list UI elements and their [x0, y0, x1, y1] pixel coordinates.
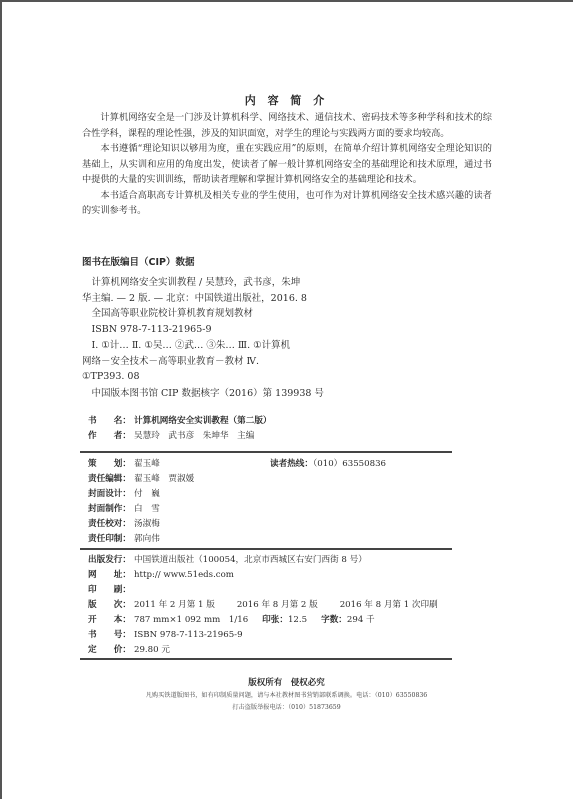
- divider: [80, 548, 452, 550]
- staff-label: 封面设计：: [88, 487, 134, 502]
- sheets-value: 12.5: [288, 613, 307, 628]
- summary-paragraph-1: 计算机网络安全是一门涉及计算机科学、网络技术、通信技术、密码技术等多种学科和技术…: [82, 110, 492, 141]
- publisher-row: 出版发行：中国铁道出版社（100054，北京市西城区右安门西街 8 号）: [88, 553, 438, 568]
- page-title: 内 容 简 介: [0, 92, 573, 108]
- edition-first: 2011 年 2 月第 1 版: [134, 598, 215, 613]
- piracy-hotline: 打击盗版举报电话：（010）51873659: [0, 702, 573, 714]
- page-border-top: [0, 0, 573, 2]
- staff-label: 责任印制：: [88, 532, 134, 547]
- publisher-label: 出版发行：: [88, 553, 134, 568]
- website-row: 网 址：http:// www.51eds.com: [88, 568, 438, 583]
- staff-label: 封面制作：: [88, 502, 134, 517]
- cip-entry-line-2: 华主编. — 2 版. — 北京：中国铁道出版社，2016. 8: [82, 291, 362, 307]
- edition-label: 版 次：: [88, 598, 134, 613]
- staff-list: 策 划：翟玉峰 责任编辑：翟玉峰 贾淑媛 封面设计：付 巍 封面制作：白 雪 责…: [88, 457, 194, 547]
- staff-row: 责任印制：郭向伟: [88, 532, 194, 547]
- format-label: 开 本：: [88, 613, 134, 628]
- words-label: 字数：: [321, 615, 347, 625]
- cip-subject-line-1: Ⅰ. ①计… Ⅱ. ①吴… ②武… ③朱… Ⅲ. ①计算机: [82, 338, 382, 354]
- isbn-value: ISBN 978-7-113-21965-9: [134, 628, 243, 643]
- staff-row: 责任编辑：翟玉峰 贾淑媛: [88, 472, 194, 487]
- cip-entry: 计算机网络安全实训教程 / 吴慧玲，武书彦，朱坤 华主编. — 2 版. — 北…: [82, 275, 362, 337]
- cip-heading: 图书在版编目（CIP）数据: [82, 254, 194, 268]
- book-author-label: 作 者：: [88, 429, 134, 444]
- staff-value: 汤淑梅: [134, 517, 160, 532]
- reader-hotline: 读者热线：（010）63550836: [270, 457, 386, 472]
- edition-printing: 2016 年 8 月第 1 次印刷: [340, 598, 438, 613]
- cip-subject-line-2: 网络－安全技术－高等职业教育－教材 Ⅳ.: [82, 354, 382, 370]
- staff-row: 策 划：翟玉峰: [88, 457, 194, 472]
- quality-notice: 凡购买铁道版图书，如有印制质量问题，请与本社教材图书营销部联系调换。电话：（01…: [0, 690, 573, 702]
- book-name-row: 书 名：计算机网络安全实训教程（第二版）: [88, 414, 272, 429]
- format-row: 开 本：787 mm×1 092 mm 1/16印张：12.5字数：294 千: [88, 613, 438, 628]
- cip-subject-line-3: ①TP393. 08: [82, 369, 382, 385]
- staff-row: 责任校对：汤淑梅: [88, 517, 194, 532]
- hotline-value: （010）63550836: [313, 459, 386, 469]
- format-value: 787 mm×1 092 mm 1/16: [134, 613, 248, 628]
- edition-row: 版 次：2011 年 2 月第 1 版2016 年 8 月第 2 版2016 年…: [88, 598, 438, 613]
- staff-label: 责任校对：: [88, 517, 134, 532]
- printer-row: 印 刷：: [88, 583, 438, 598]
- publication-info: 出版发行：中国铁道出版社（100054，北京市西城区右安门西街 8 号） 网 址…: [88, 553, 438, 658]
- staff-label: 责任编辑：: [88, 472, 134, 487]
- content-summary: 计算机网络安全是一门涉及计算机科学、网络技术、通信技术、密码技术等多种学科和技术…: [82, 110, 492, 219]
- book-name-value: 计算机网络安全实训教程（第二版）: [134, 414, 272, 429]
- summary-paragraph-3: 本书适合高职高专计算机及相关专业的学生使用，也可作为对计算机网络安全技术感兴趣的…: [82, 188, 492, 219]
- publisher-value: 中国铁道出版社（100054，北京市西城区右安门西街 8 号）: [134, 553, 367, 568]
- book-author-value: 吴慧玲 武书彦 朱坤华 主编: [134, 429, 254, 444]
- cip-record-number: 中国版本图书馆 CIP 数据核字（2016）第 139938 号: [82, 386, 422, 402]
- isbn-label: 书 号：: [88, 628, 134, 643]
- words-value: 294 千: [347, 613, 375, 628]
- divider: [80, 658, 452, 660]
- book-info: 书 名：计算机网络安全实训教程（第二版） 作 者：吴慧玲 武书彦 朱坤华 主编: [88, 414, 272, 444]
- edition-second: 2016 年 8 月第 2 版: [237, 598, 318, 613]
- staff-row: 封面制作：白 雪: [88, 502, 194, 517]
- staff-label: 策 划：: [88, 457, 134, 472]
- staff-value: 白 雪: [134, 502, 160, 517]
- divider: [80, 451, 452, 453]
- copyright-footer: 版权所有 侵权必究 凡购买铁道版图书，如有印制质量问题，请与本社教材图书营销部联…: [0, 676, 573, 714]
- price-value: 29.80 元: [134, 643, 170, 658]
- cip-isbn: ISBN 978-7-113-21965-9: [82, 322, 362, 338]
- summary-paragraph-2: 本书遵循“理论知识以够用为度，重在实践应用”的原则，在简单介绍计算机网络安全理论…: [82, 141, 492, 188]
- staff-value: 郭向伟: [134, 532, 160, 547]
- cip-series: 全国高等职业院校计算机教育规划教材: [82, 306, 362, 322]
- staff-value: 翟玉峰 贾淑媛: [134, 472, 194, 487]
- book-name-label: 书 名：: [88, 414, 134, 429]
- cip-record: 中国版本图书馆 CIP 数据核字（2016）第 139938 号: [82, 386, 422, 402]
- website-link[interactable]: http:// www.51eds.com: [134, 568, 234, 583]
- hotline-label: 读者热线：: [270, 459, 313, 469]
- book-author-row: 作 者：吴慧玲 武书彦 朱坤华 主编: [88, 429, 272, 444]
- printer-label: 印 刷：: [88, 583, 134, 598]
- price-label: 定 价：: [88, 643, 134, 658]
- cip-subjects: Ⅰ. ①计… Ⅱ. ①吴… ②武… ③朱… Ⅲ. ①计算机 网络－安全技术－高等…: [82, 338, 382, 385]
- staff-value: 付 巍: [134, 487, 160, 502]
- isbn-row: 书 号：ISBN 978-7-113-21965-9: [88, 628, 438, 643]
- cip-entry-line-1: 计算机网络安全实训教程 / 吴慧玲，武书彦，朱坤: [82, 275, 362, 291]
- website-label: 网 址：: [88, 568, 134, 583]
- staff-value: 翟玉峰: [134, 457, 160, 472]
- staff-row: 封面设计：付 巍: [88, 487, 194, 502]
- sheets-label: 印张：: [262, 615, 288, 625]
- price-row: 定 价：29.80 元: [88, 643, 438, 658]
- rights-reserved: 版权所有 侵权必究: [0, 676, 573, 690]
